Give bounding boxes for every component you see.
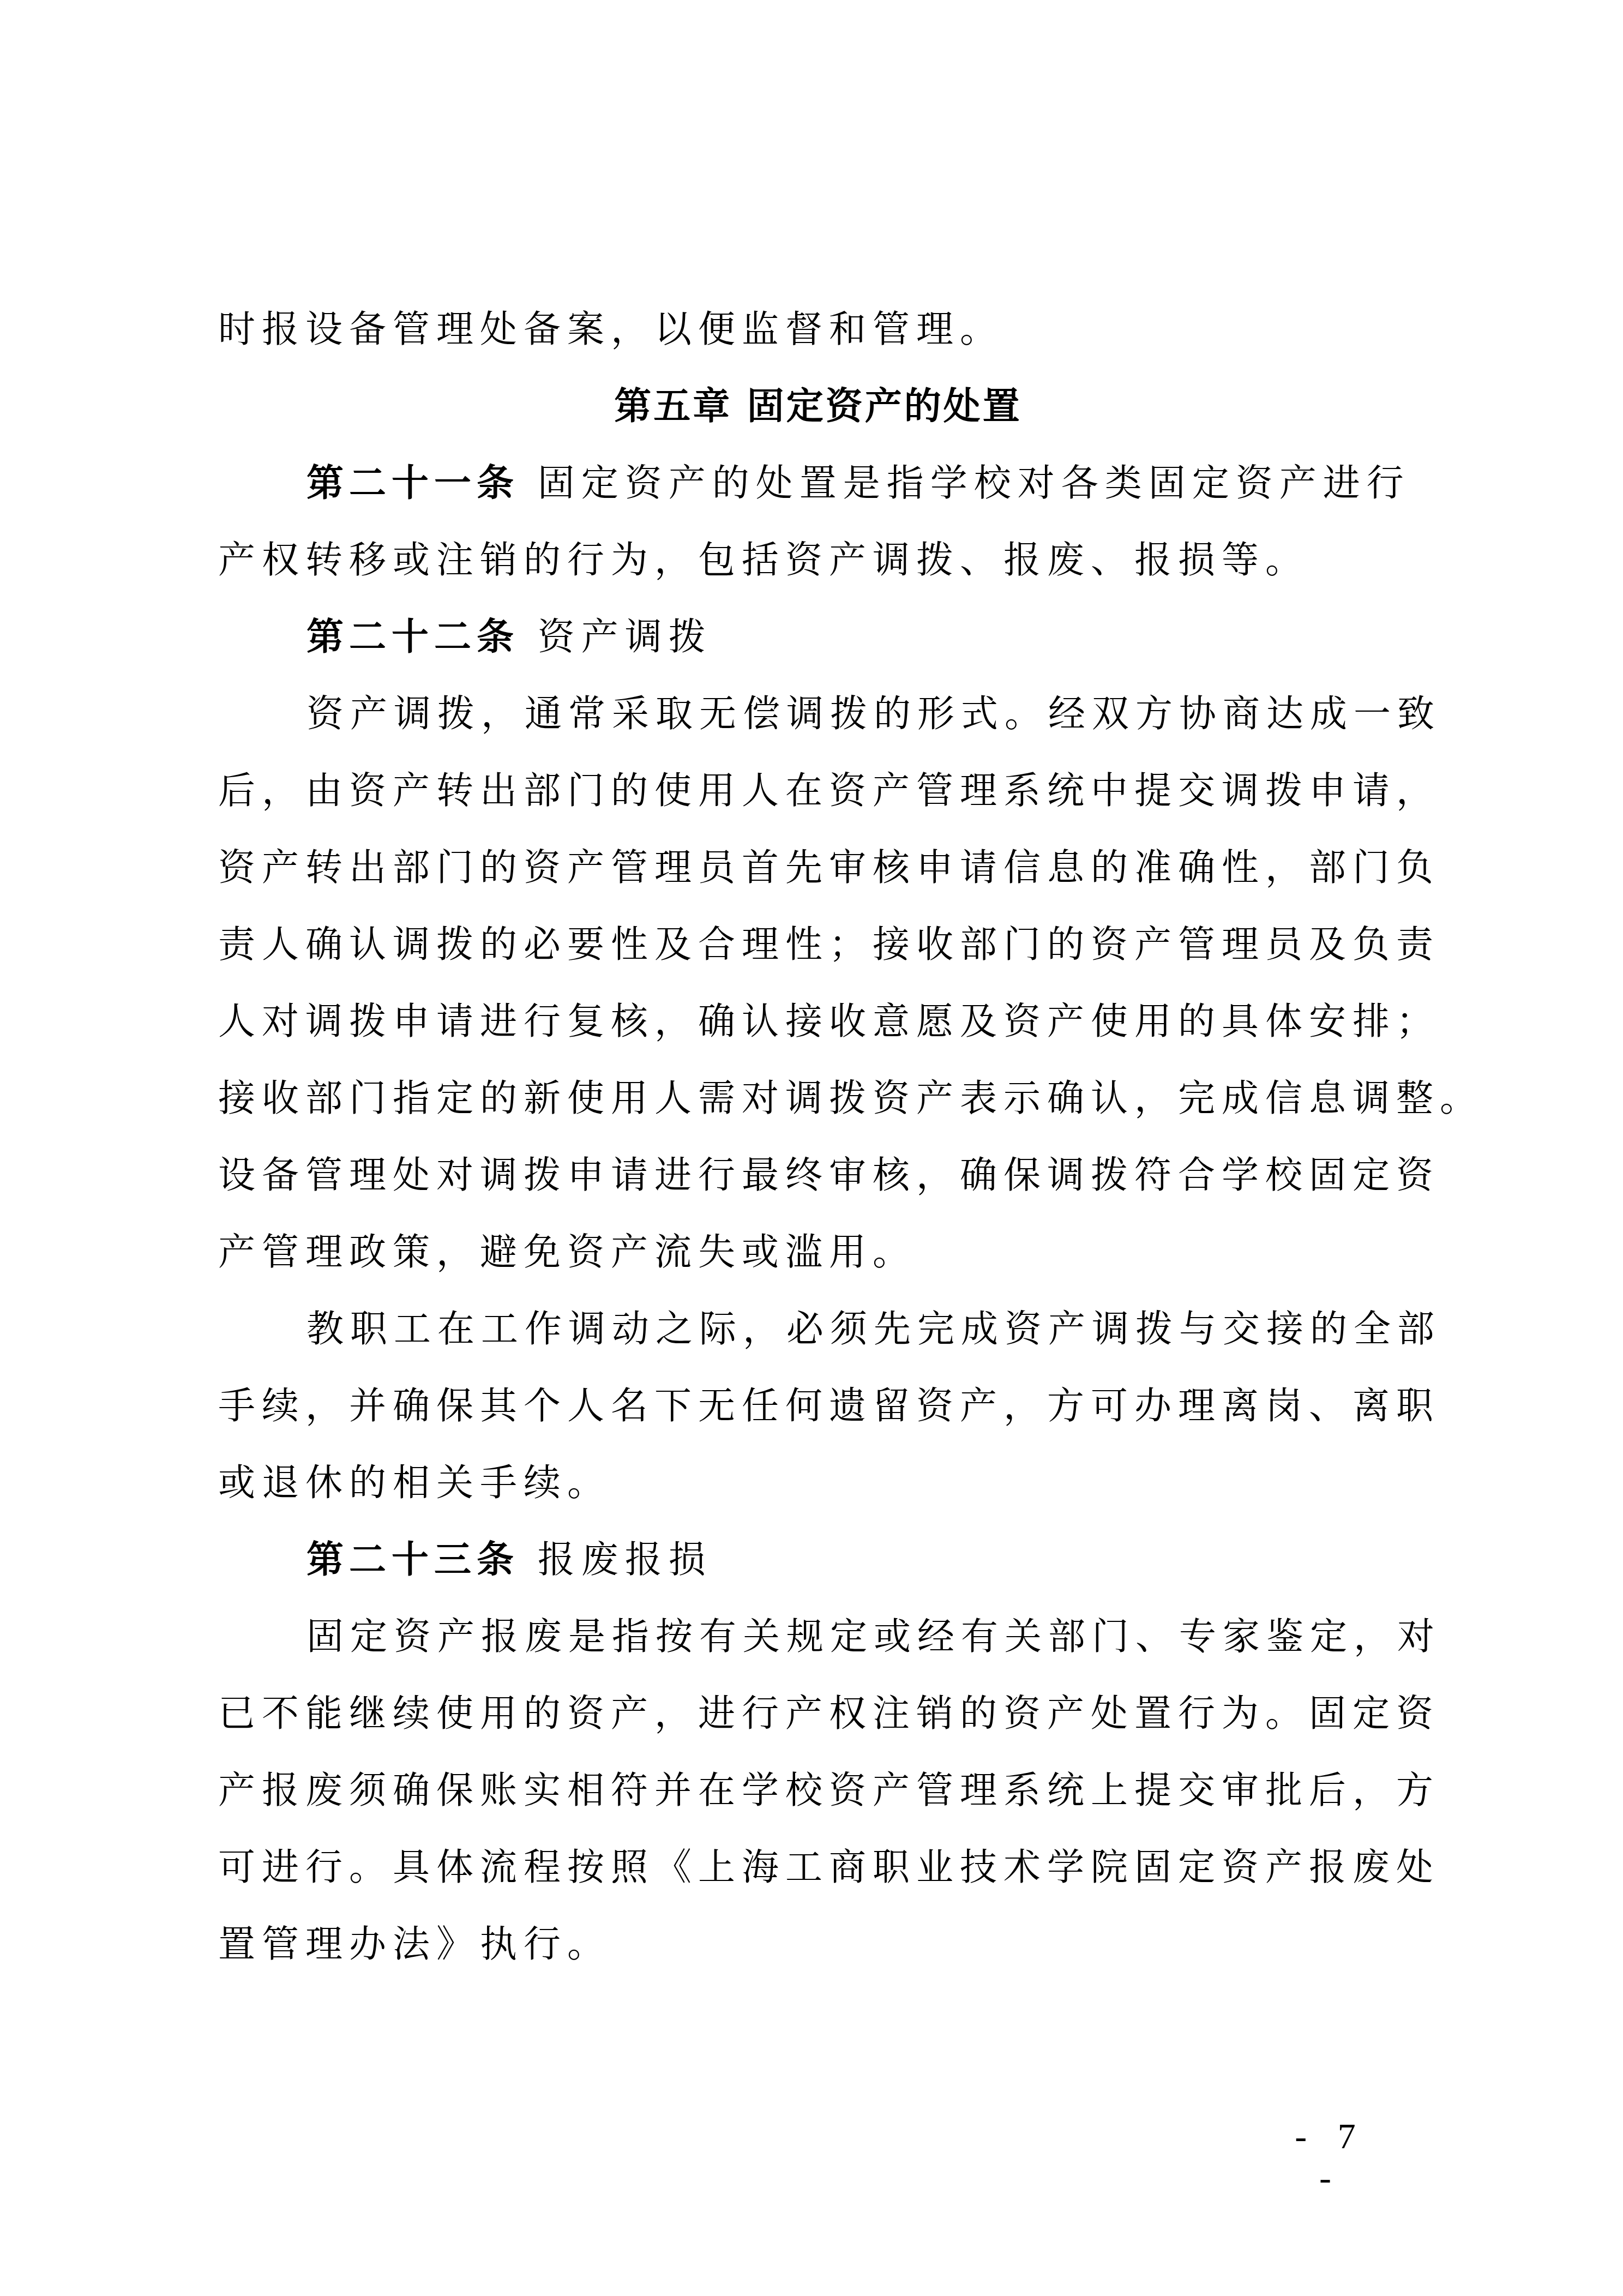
page-number: - 7 -	[1276, 2116, 1385, 2199]
chapter-heading: 第五章 固定资产的处置	[218, 380, 1418, 456]
text-line: 固定资产报废是指按有关规定或经有关部门、专家鉴定，对	[218, 1610, 1418, 1687]
article-line: 第二十三条 报废报损	[218, 1533, 1418, 1610]
text-line: 接收部门指定的新使用人需对调拨资产表示确认，完成信息调整。	[218, 1072, 1418, 1149]
article-text: 报废报损	[519, 1538, 712, 1582]
text-line: 产报废须确保账实相符并在学校资产管理系统上提交审批后，方	[218, 1764, 1418, 1841]
text-line: 可进行。具体流程按照《上海工商职业技术学院固定资产报废处	[218, 1841, 1418, 1918]
article-label: 第二十三条	[306, 1538, 519, 1582]
text-line: 设备管理处对调拨申请进行最终审核，确保调拨符合学校固定资	[218, 1149, 1418, 1225]
text-line: 资产转出部门的资产管理员首先审核申请信息的准确性，部门负	[218, 841, 1418, 918]
article-text: 固定资产的处置是指学校对各类固定资产进行	[519, 462, 1410, 505]
document-body: 时报设备管理处备案，以便监督和管理。 第五章 固定资产的处置 第二十一条 固定资…	[218, 303, 1418, 1994]
text-line: 资产调拨，通常采取无偿调拨的形式。经双方协商达成一致	[218, 687, 1418, 764]
article-label: 第二十二条	[306, 616, 519, 659]
text-line: 或退休的相关手续。	[218, 1456, 1418, 1533]
text-line: 已不能继续使用的资产，进行产权注销的资产处置行为。固定资	[218, 1687, 1418, 1764]
article-text: 资产调拨	[519, 616, 712, 659]
article-label: 第二十一条	[306, 462, 519, 505]
text-line: 人对调拨申请进行复核，确认接收意愿及资产使用的具体安排；	[218, 995, 1418, 1072]
text-line: 后，由资产转出部门的使用人在资产管理系统中提交调拨申请，	[218, 764, 1418, 841]
text-line: 产管理政策，避免资产流失或滥用。	[218, 1225, 1418, 1302]
text-line: 手续，并确保其个人名下无任何遗留资产，方可办理离岗、离职	[218, 1379, 1418, 1456]
article-line: 第二十一条 固定资产的处置是指学校对各类固定资产进行	[218, 456, 1418, 533]
text-line: 产权转移或注销的行为，包括资产调拨、报废、报损等。	[218, 533, 1418, 610]
text-line: 教职工在工作调动之际，必须先完成资产调拨与交接的全部	[218, 1302, 1418, 1379]
text-line: 责人确认调拨的必要性及合理性；接收部门的资产管理员及负责	[218, 918, 1418, 995]
article-line: 第二十二条 资产调拨	[218, 610, 1418, 687]
text-line: 置管理办法》执行。	[218, 1918, 1418, 1994]
text-line: 时报设备管理处备案，以便监督和管理。	[218, 303, 1418, 380]
